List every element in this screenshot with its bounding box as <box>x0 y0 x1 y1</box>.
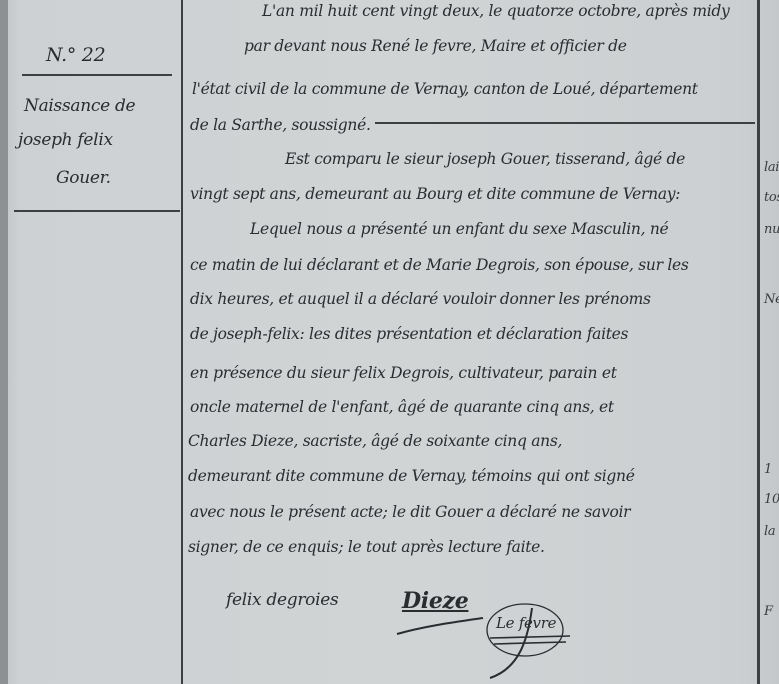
margin-title-line-1: Naissance de <box>24 96 135 116</box>
margin-rule <box>181 0 183 684</box>
signature-underline-icon <box>395 612 485 638</box>
body-line: de la Sarthe, soussigné. <box>190 116 371 134</box>
margin-separator <box>14 210 180 212</box>
right-page-fragment: Ne <box>764 292 779 307</box>
right-page-fragment: 1 <box>764 462 772 477</box>
body-line: par devant nous René le fevre, Maire et … <box>244 37 627 55</box>
body-line: dix heures, et auquel il a déclaré voulo… <box>190 290 651 308</box>
body-line: avec nous le présent acte; le dit Gouer … <box>190 503 630 521</box>
record-number: N.° 22 <box>46 44 105 66</box>
body-line: Est comparu le sieur joseph Gouer, tisse… <box>285 150 685 168</box>
right-page-fragment: tos <box>764 190 779 205</box>
body-line: ce matin de lui déclarant et de Marie De… <box>190 256 689 274</box>
body-line: en présence du sieur felix Degrois, cult… <box>190 364 617 382</box>
right-page-fragment: 10 <box>764 492 779 507</box>
body-line: l'état civil de la commune de Vernay, ca… <box>192 80 698 98</box>
right-page-fragment: nu <box>764 222 779 237</box>
signature-felix-degroies: felix degroies <box>226 590 338 610</box>
signature-flourish-icon <box>470 598 580 684</box>
number-underline <box>22 74 172 76</box>
body-line: signer, de ce enquis; le tout après lect… <box>188 538 545 556</box>
signature-dieze: Dieze <box>402 588 468 614</box>
body-line: demeurant dite commune de Vernay, témoin… <box>188 467 635 485</box>
body-line: Lequel nous a présenté un enfant du sexe… <box>250 220 668 238</box>
body-line: de joseph-felix: les dites présentation … <box>190 325 628 343</box>
margin-title-line-3: Gouer. <box>56 168 111 188</box>
right-page-fragment: lai <box>764 160 779 175</box>
body-line: Charles Dieze, sacriste, âgé de soixante… <box>188 432 562 450</box>
body-line: oncle maternel de l'enfant, âgé de quara… <box>190 398 614 416</box>
signature-fill-line <box>375 122 755 124</box>
body-line: L'an mil huit cent vingt deux, le quator… <box>262 2 730 20</box>
page-binding-edge <box>0 0 8 684</box>
margin-title-line-2: joseph felix <box>18 130 113 150</box>
right-page-fragment: F <box>764 604 773 619</box>
right-page-fragment: la <box>764 524 775 539</box>
right-page-rule <box>757 0 760 684</box>
register-page: N.° 22 Naissance de joseph felix Gouer. … <box>0 0 779 684</box>
body-line: vingt sept ans, demeurant au Bourg et di… <box>190 185 680 203</box>
